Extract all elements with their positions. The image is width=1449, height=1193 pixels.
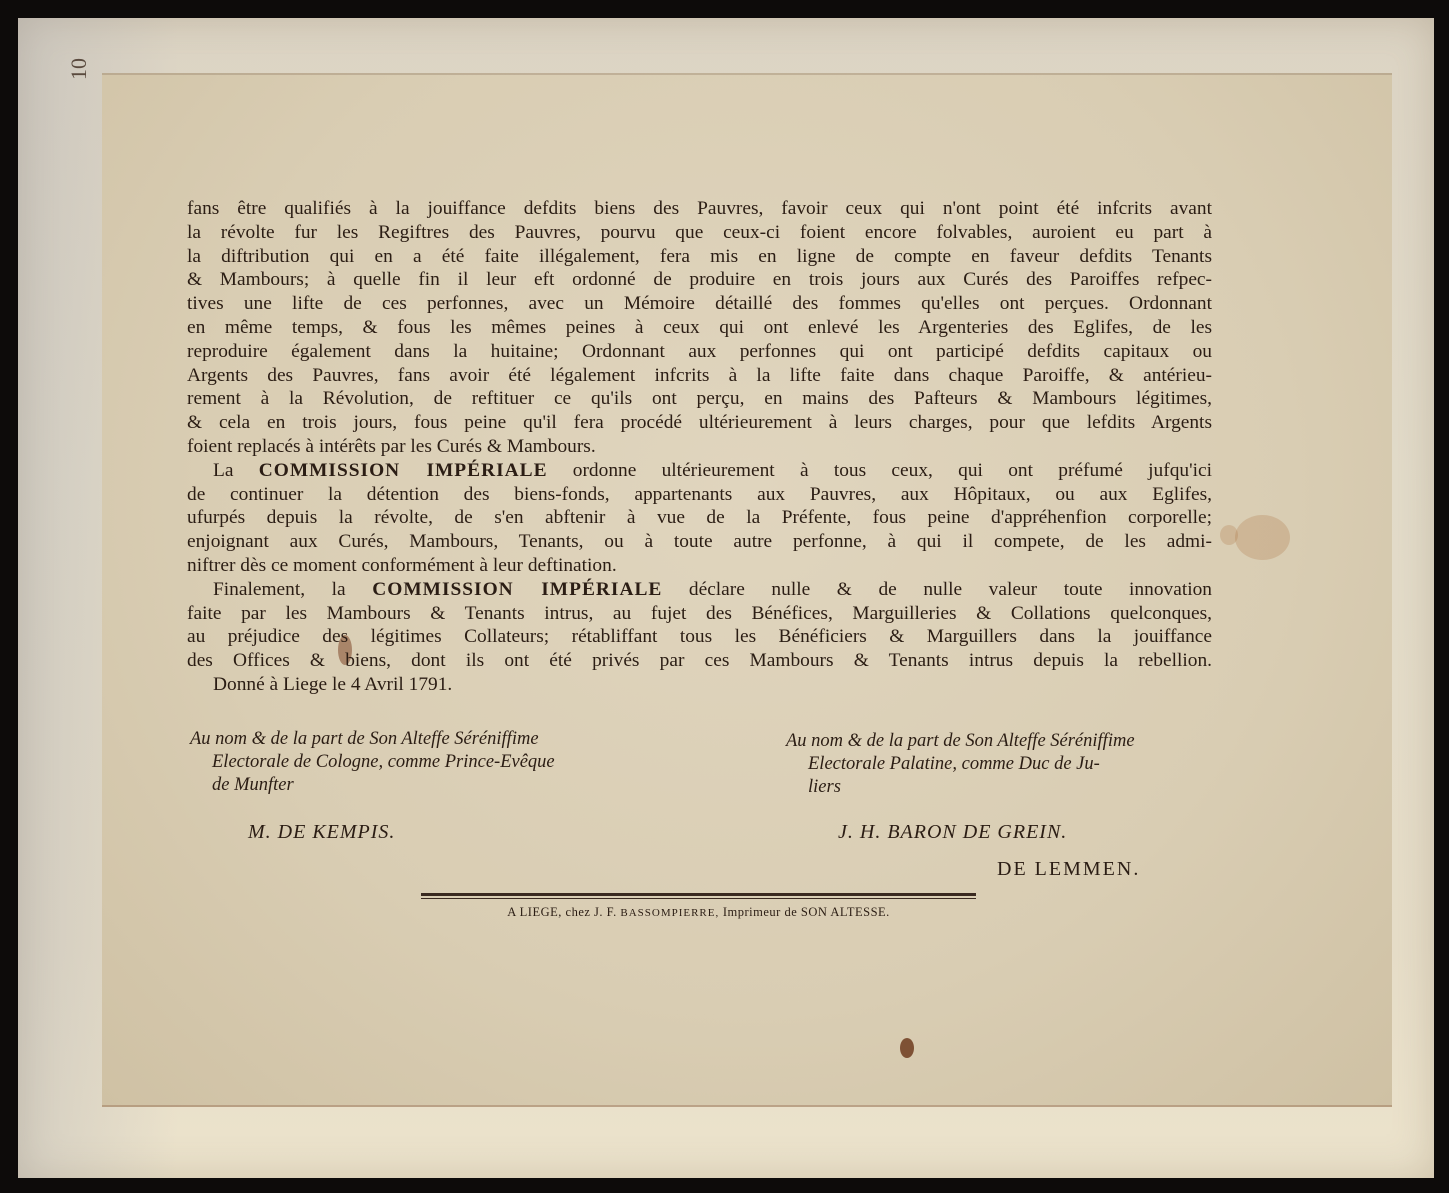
paragraph-1: fans être qualifiés à la jouiffance defd… [187,197,1212,459]
text-line: au préjudice des légitimes Collateurs; r… [187,625,1212,649]
text-line: niftrer dès ce moment conformément à leu… [187,554,1212,578]
text-line: tives une lifte de ces perfonnes, avec u… [187,292,1212,316]
text-line: fans être qualifiés à la jouiffance defd… [187,197,1212,221]
paragraph-2: La COMMISSION IMPÉRIALE ordonne ultérieu… [187,459,1212,578]
text-fragment: déclare nulle & de nulle valeur toute in… [662,579,1212,600]
imprint-place: A LIEGE, [507,905,562,919]
authority-line: Au nom & de la part de Son Alteffe Sérén… [190,728,630,751]
text-line: & cela en trois jours, fous peine qu'il … [187,411,1212,435]
text-line: La COMMISSION IMPÉRIALE ordonne ultérieu… [187,459,1212,483]
authority-line: liers [786,776,1216,799]
signer-name-third: DE LEMMEN. [997,858,1140,881]
foxing-stain [1235,515,1290,560]
text-line: Finalement, la COMMISSION IMPÉRIALE décl… [187,578,1212,602]
imprint-printer: BASSOMPIERRE, [620,907,719,919]
imprint-divider-rule [421,893,976,899]
text-line: Argents des Pauvres, fans avoir été léga… [187,364,1212,388]
text-line: la révolte fur les Regiftres des Pauvres… [187,221,1212,245]
text-line: faite par les Mambours & Tenants intrus,… [187,602,1212,626]
signature-block-right: Au nom & de la part de Son Alteffe Sérén… [786,730,1216,844]
signer-name: M. DE KEMPIS. [190,821,630,844]
authority-line: Au nom & de la part de Son Alteffe Sérén… [786,730,1216,753]
imprint-role: Imprimeur de [723,905,797,919]
text-line: en même temps, & fous les mêmes peines à… [187,316,1212,340]
authority-line: Electorale de Cologne, comme Prince-Evêq… [190,751,630,774]
text-line: la diftribution qui en a été faite illég… [187,245,1212,269]
text-line: rement à la Révolution, de reftituer ce … [187,387,1212,411]
decree-body: fans être qualifiés à la jouiffance defd… [187,197,1212,697]
signer-name: J. H. BARON DE GREIN. [786,821,1216,844]
commission-heading: COMMISSION IMPÉRIALE [372,579,662,600]
text-line: foient replacés à intérêts par les Curés… [187,435,1212,459]
text-line: enjoignant aux Curés, Mambours, Tenants,… [187,530,1212,554]
lead-text: La [213,460,259,481]
text-line: reproduire également dans la huitaine; O… [187,340,1212,364]
foxing-stain [1220,525,1238,545]
lead-text: Finalement, la [213,579,372,600]
text-line: & Mambours; à quelle fin il leur eft ord… [187,268,1212,292]
ink-blot [900,1038,914,1058]
paragraph-3: Finalement, la COMMISSION IMPÉRIALE décl… [187,578,1212,673]
imprint-chez: chez J. F. [566,905,617,919]
commission-heading: COMMISSION IMPÉRIALE [259,460,548,481]
authority-line: de Munfter [190,774,630,797]
dateline: Donné à Liege le 4 Avril 1791. [187,673,1212,697]
signature-block-left: Au nom & de la part de Son Alteffe Sérén… [190,728,630,844]
printer-imprint: A LIEGE, chez J. F. BASSOMPIERRE, Imprim… [421,905,976,920]
imprint-patron: SON ALTESSE. [801,905,890,919]
corner-folio-mark: 10 [66,58,92,80]
authority-line: Electorale Palatine, comme Duc de Ju- [786,753,1216,776]
text-line: ufurpés depuis la révolte, de s'en abfte… [187,506,1212,530]
text-line: de continuer la détention des biens-fond… [187,483,1212,507]
text-fragment: ordonne ultérieurement à tous ceux, qui … [548,460,1212,481]
text-line: des Offices & biens, dont ils ont été pr… [187,649,1212,673]
